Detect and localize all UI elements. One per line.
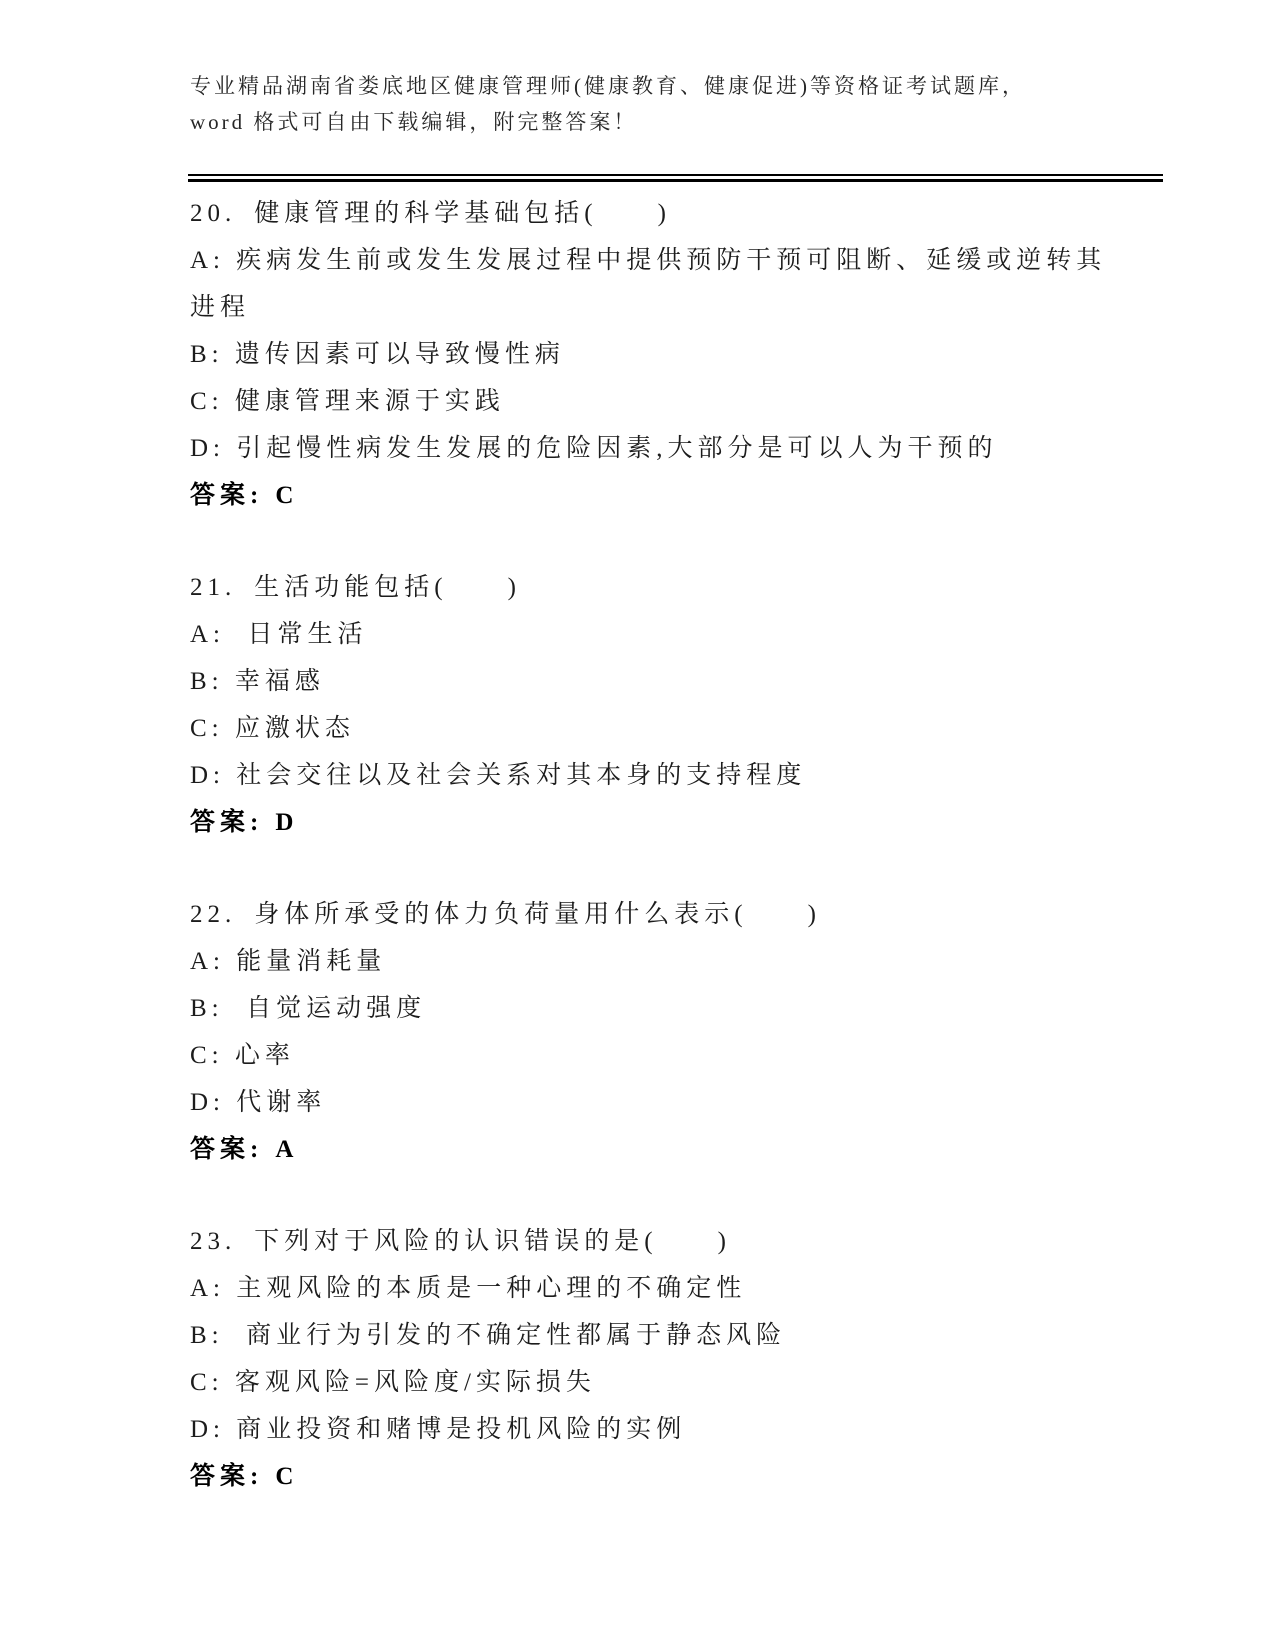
option-line-d: D: 商业投资和赌博是投机风险的实例 <box>190 1406 1120 1453</box>
answer-line: 答案:C <box>190 472 1120 519</box>
answer-label: 答案: <box>190 1136 263 1163</box>
option-line-b: B: 遗传因素可以导致慢性病 <box>190 331 1120 378</box>
answer-value: C <box>275 1463 298 1490</box>
answer-value: A <box>275 1136 298 1163</box>
question-number: 23. <box>190 1228 236 1255</box>
question-stem-text: 生活功能包括( ) <box>254 574 521 601</box>
question-stem: 20.健康管理的科学基础包括( ) <box>190 190 1120 237</box>
question-stem-text: 下列对于风险的认识错误的是( ) <box>254 1228 731 1255</box>
option-line-d: D: 引起慢性病发生发展的危险因素,大部分是可以人为干预的 <box>190 425 1120 472</box>
answer-value: C <box>275 482 298 509</box>
question-stem: 23.下列对于风险的认识错误的是( ) <box>190 1218 1120 1265</box>
question-block-20: 20.健康管理的科学基础包括( ) A: 疾病发生前或发生发展过程中提供预防干预… <box>190 190 1120 519</box>
answer-line: 答案:C <box>190 1453 1120 1500</box>
option-line-a: A: 能量消耗量 <box>190 938 1120 985</box>
option-line-c: C: 应激状态 <box>190 705 1120 752</box>
option-line-a: A: 主观风险的本质是一种心理的不确定性 <box>190 1265 1120 1312</box>
question-stem-text: 身体所承受的体力负荷量用什么表示( ) <box>254 901 821 928</box>
document-page: 专业精品湖南省娄底地区健康管理师(健康教育、健康促进)等资格证考试题库， wor… <box>0 0 1275 1650</box>
answer-line: 答案:D <box>190 799 1120 846</box>
question-number: 20. <box>190 200 236 227</box>
header-line-1: 专业精品湖南省娄底地区健康管理师(健康教育、健康促进)等资格证考试题库， <box>190 68 1140 104</box>
answer-label: 答案: <box>190 482 263 509</box>
question-stem-text: 健康管理的科学基础包括( ) <box>254 200 671 227</box>
question-number: 21. <box>190 574 236 601</box>
option-line-c: C: 心率 <box>190 1032 1120 1079</box>
option-line-d: D: 代谢率 <box>190 1079 1120 1126</box>
header-line-2: word 格式可自由下载编辑，附完整答案！ <box>190 104 1140 140</box>
answer-line: 答案:A <box>190 1126 1120 1173</box>
questions-area: 20.健康管理的科学基础包括( ) A: 疾病发生前或发生发展过程中提供预防干预… <box>190 190 1120 1545</box>
question-block-23: 23.下列对于风险的认识错误的是( ) A: 主观风险的本质是一种心理的不确定性… <box>190 1218 1120 1500</box>
option-line-b: B: 商业行为引发的不确定性都属于静态风险 <box>190 1312 1120 1359</box>
option-line-c: C: 客观风险=风险度/实际损失 <box>190 1359 1120 1406</box>
document-header: 专业精品湖南省娄底地区健康管理师(健康教育、健康促进)等资格证考试题库， wor… <box>190 68 1140 140</box>
answer-label: 答案: <box>190 809 263 836</box>
question-stem: 21.生活功能包括( ) <box>190 564 1120 611</box>
question-stem: 22.身体所承受的体力负荷量用什么表示( ) <box>190 891 1120 938</box>
option-line-c: C: 健康管理来源于实践 <box>190 378 1120 425</box>
option-line-a: A: 疾病发生前或发生发展过程中提供预防干预可阻断、延缓或逆转其进程 <box>190 237 1120 331</box>
question-number: 22. <box>190 901 236 928</box>
option-line-b: B: 幸福感 <box>190 658 1120 705</box>
question-block-22: 22.身体所承受的体力负荷量用什么表示( ) A: 能量消耗量 B: 自觉运动强… <box>190 891 1120 1173</box>
option-line-d: D: 社会交往以及社会关系对其本身的支持程度 <box>190 752 1120 799</box>
question-block-21: 21.生活功能包括( ) A: 日常生活 B: 幸福感 C: 应激状态 D: 社… <box>190 564 1120 846</box>
option-line-b: B: 自觉运动强度 <box>190 985 1120 1032</box>
option-line-a: A: 日常生活 <box>190 611 1120 658</box>
header-divider-rule <box>188 174 1163 182</box>
answer-label: 答案: <box>190 1463 263 1490</box>
answer-value: D <box>275 809 298 836</box>
